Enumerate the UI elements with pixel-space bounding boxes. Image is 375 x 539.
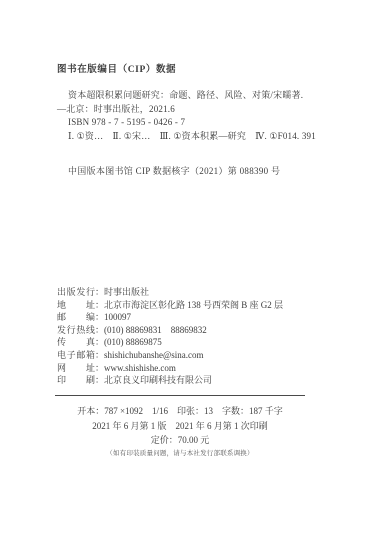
info-row-website: 网址：www.shishishe.com xyxy=(57,362,327,375)
colon: ： xyxy=(95,325,104,335)
info-value-hotline: (010) 88869831 88869832 xyxy=(104,325,207,335)
info-value-publisher: 时事出版社 xyxy=(104,287,149,297)
info-label-email: 电子邮箱 xyxy=(57,349,95,362)
info-label-postcode: 邮编 xyxy=(57,311,95,324)
colon: ： xyxy=(95,363,104,373)
info-label-publisher: 出版发行 xyxy=(57,286,95,299)
colon: ： xyxy=(95,375,104,385)
cip-description-block: 资本超限积累问题研究：命题、路径、风险、对策/宋曘著. —北京：时事出版社，20… xyxy=(57,89,323,143)
divider-line xyxy=(55,395,305,396)
cip-isbn-line: ISBN 978 - 7 - 5195 - 0426 - 7 xyxy=(57,116,323,130)
colon: ： xyxy=(95,350,104,360)
price-line: 定价：70.00 元 xyxy=(55,433,305,448)
cip-publisher-line: —北京：时事出版社，2021.6 xyxy=(57,103,323,117)
info-value-website: www.shishishe.com xyxy=(104,363,176,373)
info-value-email: shishichubanshe@sina.com xyxy=(104,350,204,360)
info-row-printer: 印刷：北京良义印刷科技有限公司 xyxy=(57,374,327,387)
publication-info-block: 出版发行：时事出版社 地址：北京市海淀区彰化路 138 号西荣阁 B 座 G2 … xyxy=(57,286,327,387)
info-value-address: 北京市海淀区彰化路 138 号西荣阁 B 座 G2 层 xyxy=(104,300,283,310)
quality-note-line: （如有印装质量问题，请与本社发行部联系调换） xyxy=(55,449,305,459)
info-row-hotline: 发行热线：(010) 88869831 88869832 xyxy=(57,324,327,337)
cip-title-line: 资本超限积累问题研究：命题、路径、风险、对策/宋曘著. xyxy=(57,89,323,103)
info-row-address: 地址：北京市海淀区彰化路 138 号西荣阁 B 座 G2 层 xyxy=(57,299,327,312)
colophon-block: 开本：787 ×1092 1/16 印张：13 字数：187 千字 2021 年… xyxy=(55,404,305,459)
edition-line: 2021 年 6 月第 1 版 2021 年 6 月第 1 次印刷 xyxy=(55,419,305,434)
cip-classification-line: Ⅰ. ①资… Ⅱ. ①宋… Ⅲ. ①资本积累—研究 Ⅳ. ①F014. 391 xyxy=(57,130,323,144)
info-label-website: 网址 xyxy=(57,362,95,375)
info-label-hotline: 发行热线 xyxy=(57,324,95,337)
colon: ： xyxy=(95,287,104,297)
info-label-printer: 印刷 xyxy=(57,374,95,387)
info-value-fax: (010) 88869875 xyxy=(104,337,162,347)
info-row-publisher: 出版发行：时事出版社 xyxy=(57,286,327,299)
info-label-address: 地址 xyxy=(57,299,95,312)
cip-record-number: 中国版本图书馆 CIP 数据核字（2021）第 088390 号 xyxy=(68,164,280,177)
book-copyright-page: 图书在版编目（CIP）数据 资本超限积累问题研究：命题、路径、风险、对策/宋曘著… xyxy=(0,0,375,539)
colon: ： xyxy=(95,300,104,310)
colon: ： xyxy=(95,337,104,347)
info-row-postcode: 邮编：100097 xyxy=(57,311,327,324)
info-value-printer: 北京良义印刷科技有限公司 xyxy=(104,375,212,385)
info-row-fax: 传真：(010) 88869875 xyxy=(57,336,327,349)
format-line: 开本：787 ×1092 1/16 印张：13 字数：187 千字 xyxy=(55,404,305,419)
info-value-postcode: 100097 xyxy=(104,312,131,322)
info-row-email: 电子邮箱：shishichubanshe@sina.com xyxy=(57,349,327,362)
info-label-fax: 传真 xyxy=(57,336,95,349)
cip-header: 图书在版编目（CIP）数据 xyxy=(57,61,176,75)
colon: ： xyxy=(95,312,104,322)
